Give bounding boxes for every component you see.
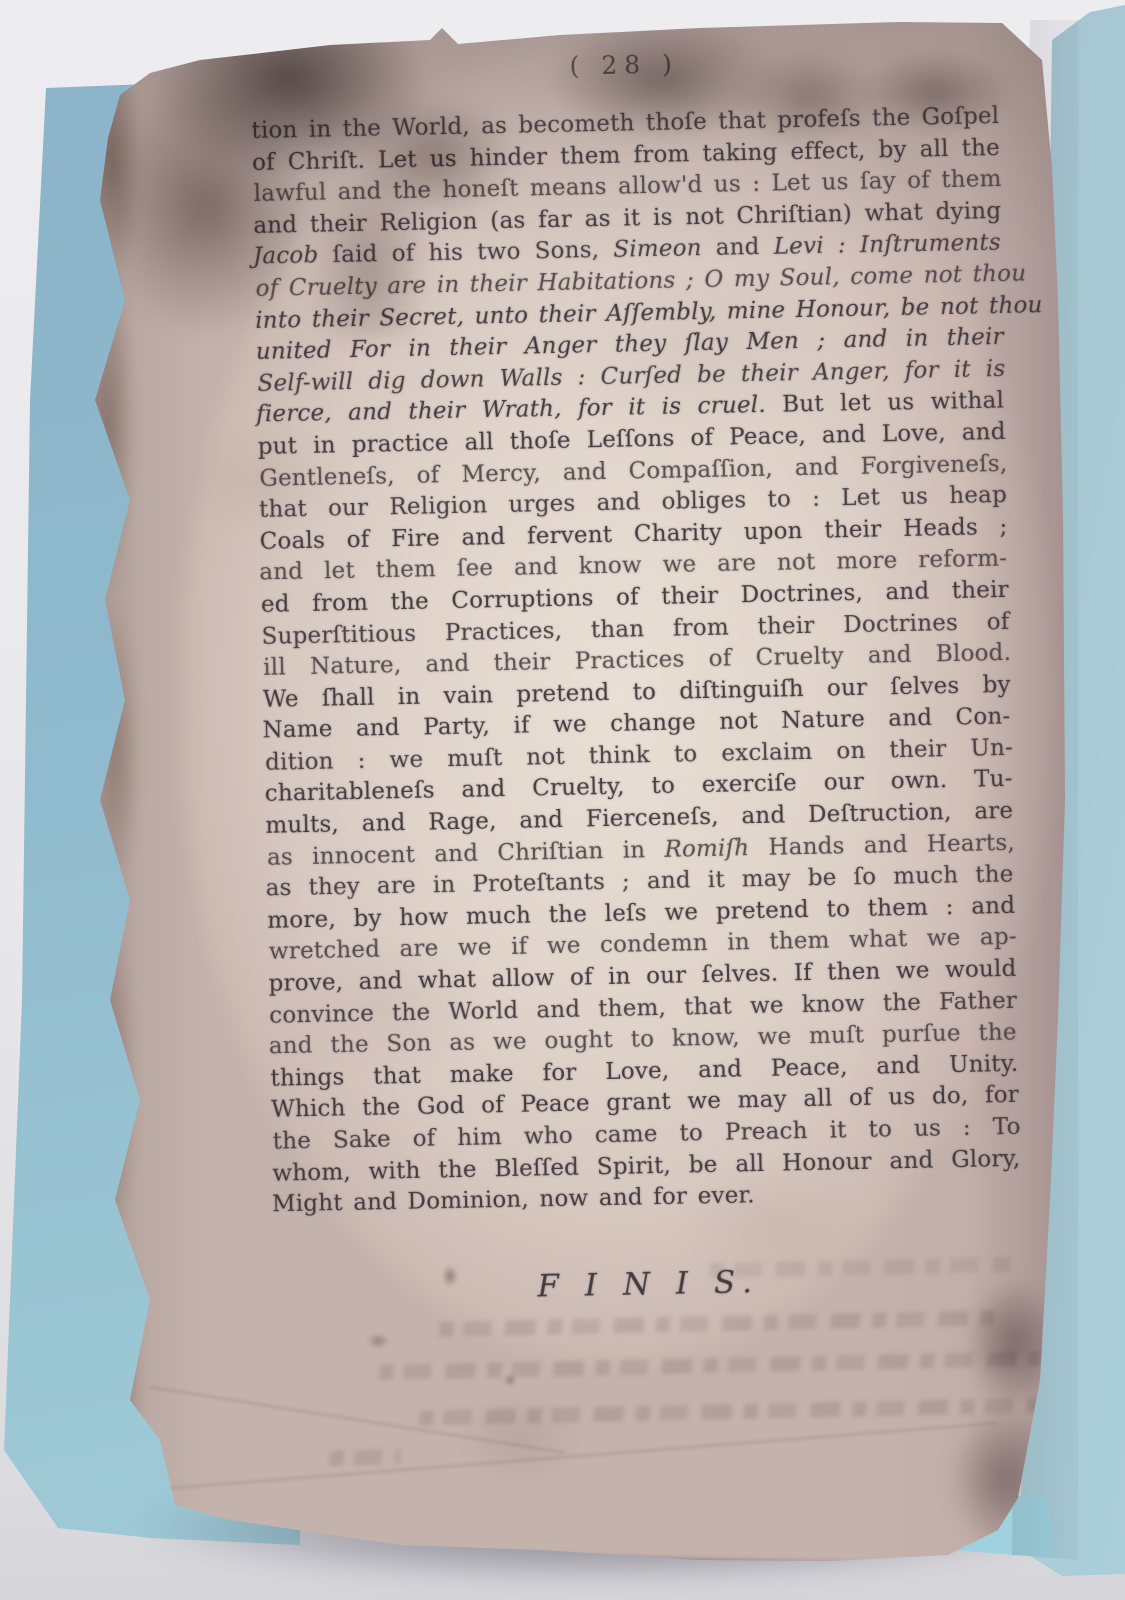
- bleedthrough-ghost: [329, 1449, 400, 1465]
- text-segment: Hands and Hearts,: [749, 829, 1015, 860]
- italic-text-segment: Levi : Inſtruments: [774, 230, 1002, 260]
- photo-background: ( 28 ) tion in the World, as becometh th…: [0, 0, 1125, 1600]
- text-segment: But let us withal: [766, 388, 1005, 418]
- text-segment: and: [701, 234, 774, 261]
- body-text: tion in the World, as becometh thoſe tha…: [251, 101, 1021, 1222]
- text-segment: as innocent and Chriſtian in: [267, 837, 665, 871]
- italic-text-segment: fierce, and their Wrath, for it is cruel…: [256, 392, 766, 428]
- text-segment: ſaid of his two Sons,: [318, 237, 613, 269]
- text-segment: Might and Dominion, now and for ever.: [272, 1182, 755, 1217]
- italic-text-segment: Simeon: [613, 235, 702, 263]
- text-block: ( 28 ) tion in the World, as becometh th…: [250, 43, 1023, 1310]
- book-page: ( 28 ) tion in the World, as becometh th…: [90, 18, 1065, 1563]
- italic-text-segment: Romiſh: [664, 835, 749, 863]
- italic-text-segment: Jacob: [253, 243, 319, 270]
